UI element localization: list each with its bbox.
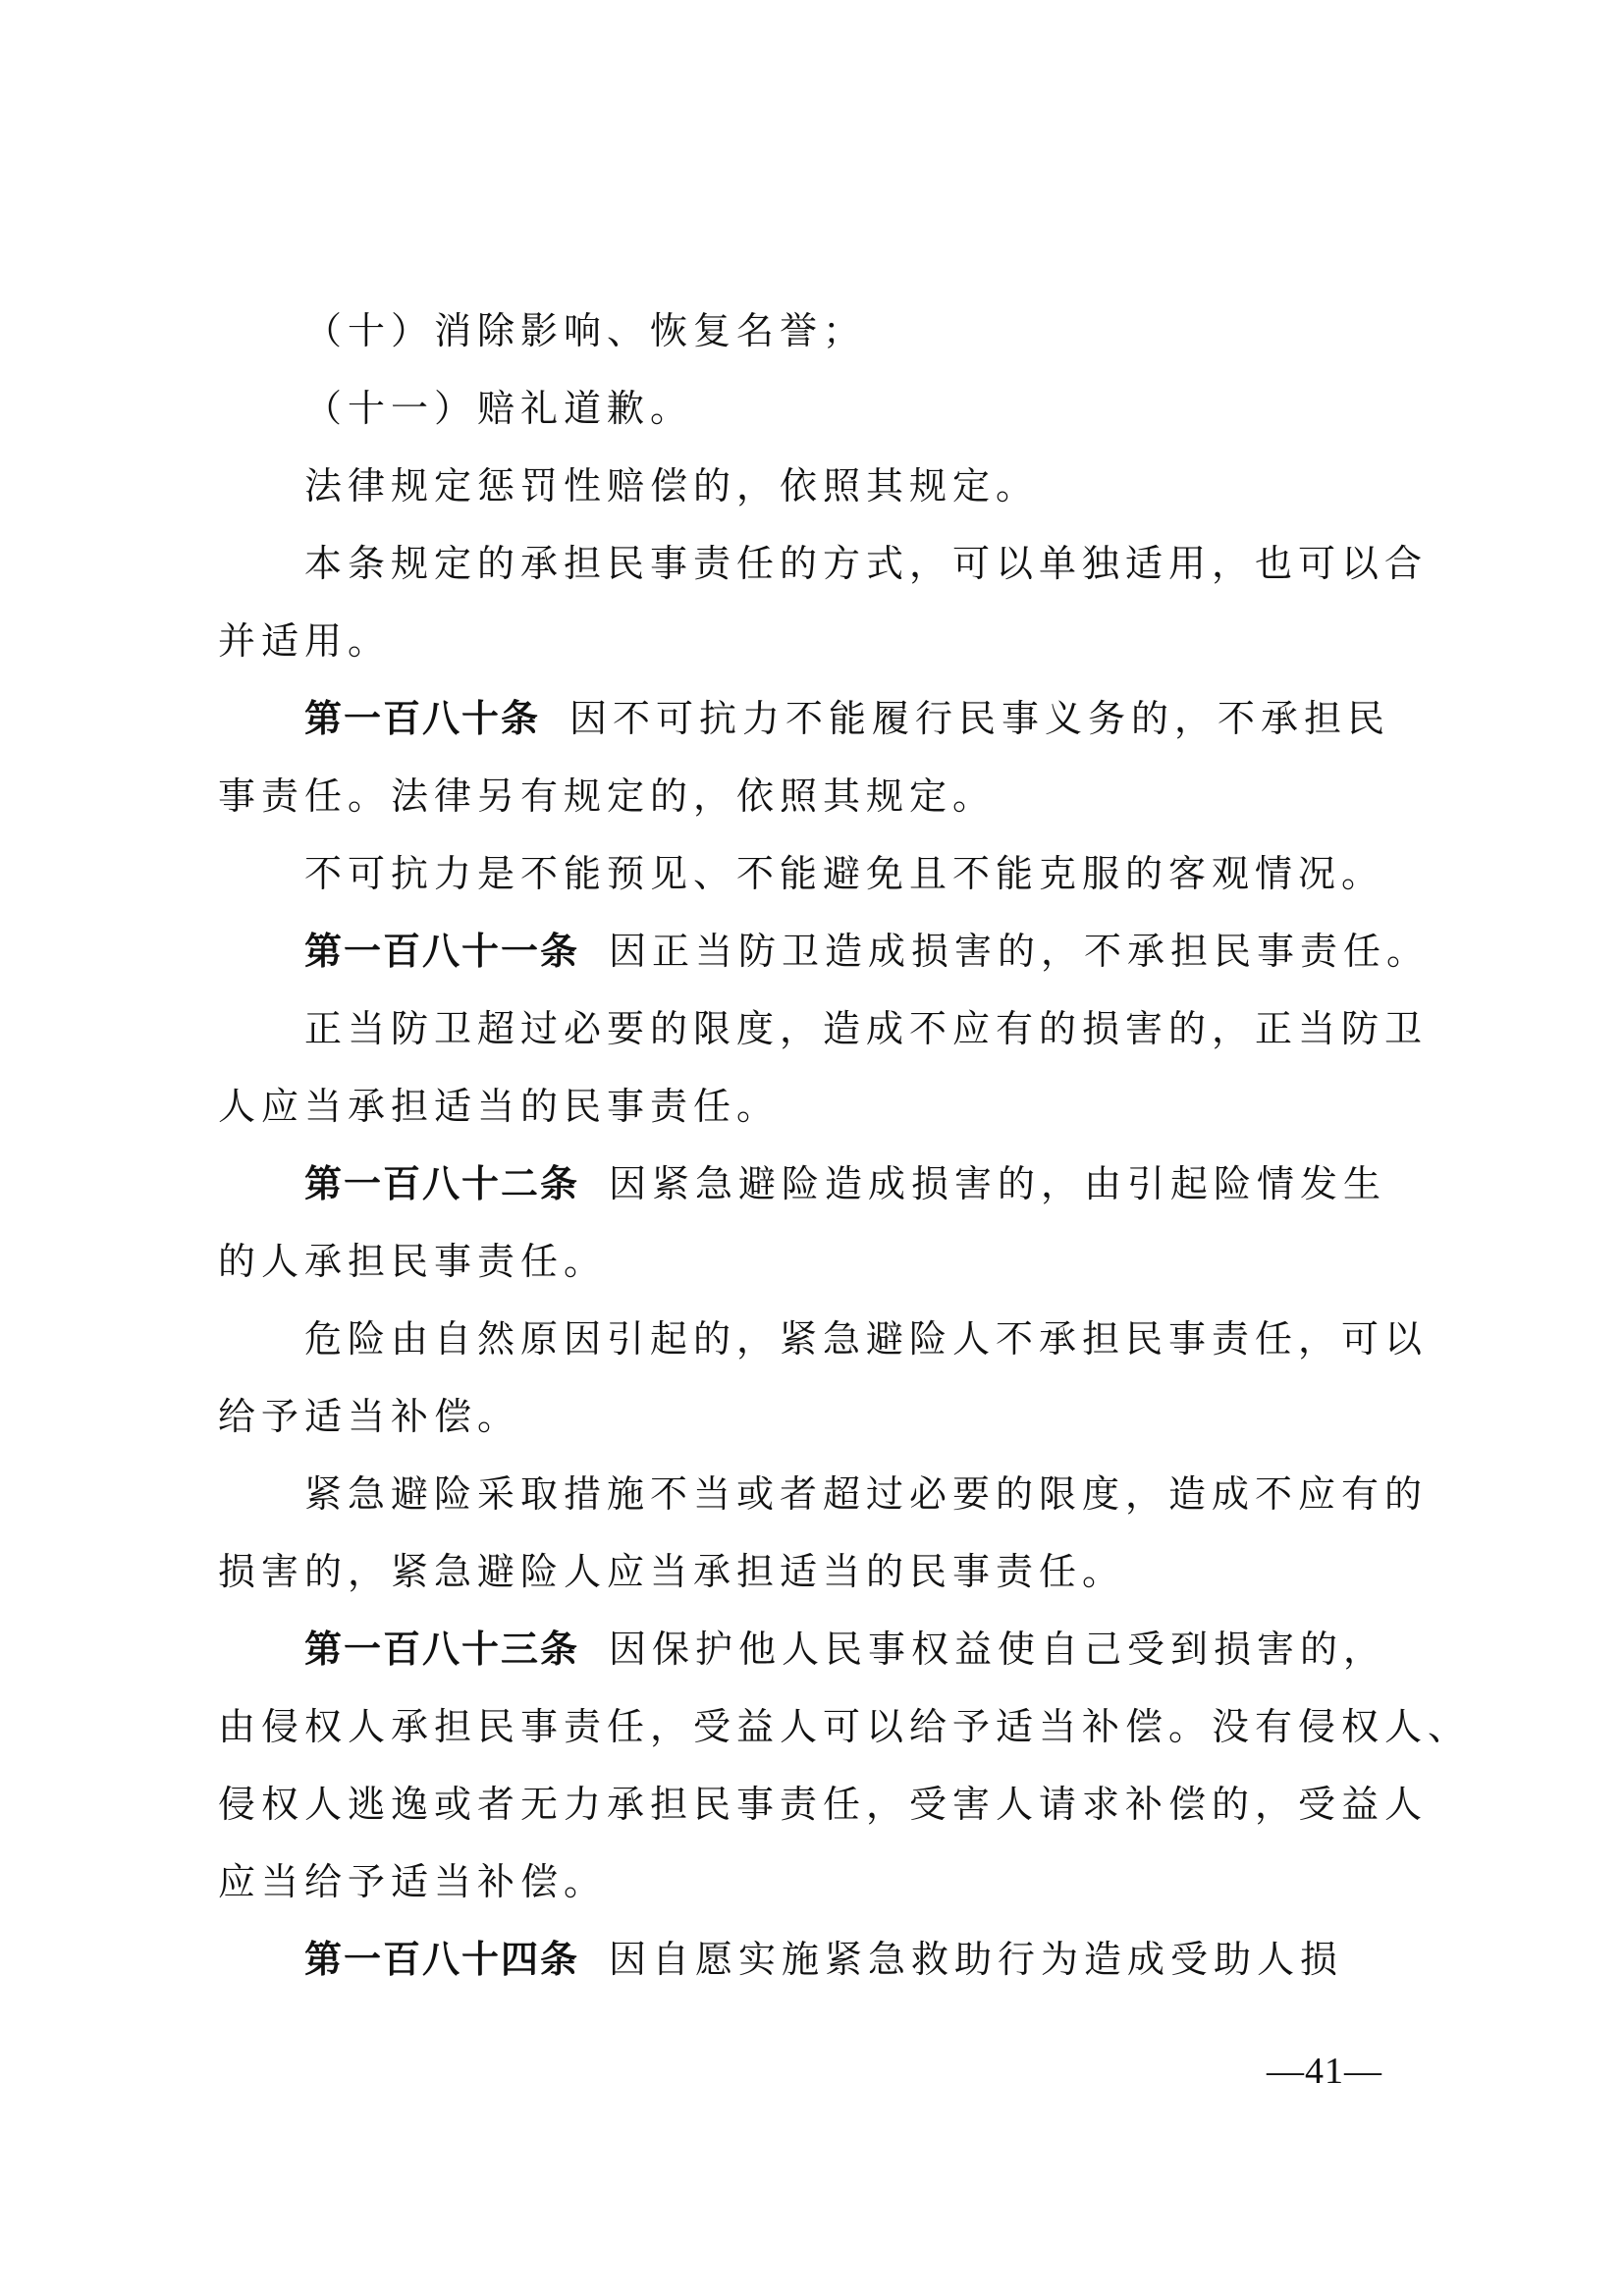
paragraph-line: 应当给予适当补偿。 — [218, 1843, 1435, 1921]
line-text: 的人承担民事责任。 — [218, 1240, 607, 1283]
article-heading-line: 第一百八十三条因保护他人民事权益使自己受到损害的， — [218, 1611, 1435, 1688]
article-heading-line: 第一百八十条因不可抗力不能履行民事义务的，不承担民 — [218, 680, 1435, 758]
paragraph-line: 侵权人逃逸或者无力承担民事责任，受害人请求补偿的，受益人 — [218, 1766, 1435, 1843]
paragraph-line: 不可抗力是不能预见、不能避免且不能克服的客观情况。 — [218, 835, 1435, 913]
line-text: 本条规定的承担民事责任的方式，可以单独适用，也可以合 — [304, 542, 1428, 585]
line-text: 因保护他人民事权益使自己受到损害的， — [609, 1628, 1386, 1671]
line-text: 应当给予适当补偿。 — [218, 1860, 607, 1903]
paragraph-line: 人应当承担适当的民事责任。 — [218, 1068, 1435, 1146]
paragraph-line: 由侵权人承担民事责任，受益人可以给予适当补偿。没有侵权人、 — [218, 1688, 1435, 1766]
line-text: 损害的，紧急避险人应当承担适当的民事责任。 — [218, 1550, 1125, 1593]
line-text: 因自愿实施紧急救助行为造成受助人损 — [609, 1938, 1343, 1981]
article-number: 第一百八十四条 — [304, 1938, 579, 1981]
line-text: 侵权人逃逸或者无力承担民事责任，受害人请求补偿的，受益人 — [218, 1783, 1428, 1826]
paragraph-line: 事责任。法律另有规定的，依照其规定。 — [218, 758, 1435, 835]
paragraph-line: 给予适当补偿。 — [218, 1378, 1435, 1456]
document-page: （十）消除影响、恢复名誉； （十一）赔礼道歉。 法律规定惩罚性赔偿的，依照其规定… — [0, 0, 1624, 2296]
article-number: 第一百八十条 — [304, 697, 540, 740]
line-text: 人应当承担适当的民事责任。 — [218, 1085, 780, 1128]
line-text: 因紧急避险造成损害的，由引起险情发生 — [609, 1162, 1386, 1205]
line-text: 事责任。法律另有规定的，依照其规定。 — [218, 774, 996, 818]
line-text: 由侵权人承担民事责任，受益人可以给予适当补偿。没有侵权人、 — [218, 1705, 1471, 1748]
line-text: 给予适当补偿。 — [218, 1395, 520, 1438]
paragraph-line: 损害的，紧急避险人应当承担适当的民事责任。 — [218, 1533, 1435, 1611]
line-text: 法律规定惩罚性赔偿的，依照其规定。 — [304, 464, 1039, 507]
article-number: 第一百八十二条 — [304, 1162, 579, 1205]
line-text: 并适用。 — [218, 619, 391, 663]
line-text: 因正当防卫造成损害的，不承担民事责任。 — [609, 930, 1430, 973]
line-text: 紧急避险采取措施不当或者超过必要的限度，造成不应有的 — [304, 1472, 1428, 1516]
article-heading-line: 第一百八十一条因正当防卫造成损害的，不承担民事责任。 — [218, 913, 1435, 990]
paragraph-line: 正当防卫超过必要的限度，造成不应有的损害的，正当防卫 — [218, 990, 1435, 1068]
paragraph-line: （十）消除影响、恢复名誉； — [218, 293, 1435, 370]
line-text: 危险由自然原因引起的，紧急避险人不承担民事责任，可以 — [304, 1317, 1428, 1361]
paragraph-line: 法律规定惩罚性赔偿的，依照其规定。 — [218, 448, 1435, 525]
line-text: （十）消除影响、恢复名誉； — [304, 309, 866, 352]
paragraph-line: 的人承担民事责任。 — [218, 1223, 1435, 1301]
line-text: 因不可抗力不能履行民事义务的，不承担民 — [569, 697, 1390, 740]
paragraph-line: 本条规定的承担民事责任的方式，可以单独适用，也可以合 — [218, 525, 1435, 603]
line-text: （十一）赔礼道歉。 — [304, 387, 693, 430]
document-body: （十）消除影响、恢复名誉； （十一）赔礼道歉。 法律规定惩罚性赔偿的，依照其规定… — [218, 293, 1435, 1999]
paragraph-line: （十一）赔礼道歉。 — [218, 370, 1435, 448]
paragraph-line: 并适用。 — [218, 603, 1435, 680]
line-text: 不可抗力是不能预见、不能避免且不能克服的客观情况。 — [304, 852, 1384, 895]
page-number: —41— — [1267, 2050, 1382, 2093]
article-heading-line: 第一百八十二条因紧急避险造成损害的，由引起险情发生 — [218, 1146, 1435, 1223]
paragraph-line: 紧急避险采取措施不当或者超过必要的限度，造成不应有的 — [218, 1456, 1435, 1533]
article-number: 第一百八十三条 — [304, 1628, 579, 1671]
article-number: 第一百八十一条 — [304, 930, 579, 973]
paragraph-line: 危险由自然原因引起的，紧急避险人不承担民事责任，可以 — [218, 1301, 1435, 1378]
article-heading-line: 第一百八十四条因自愿实施紧急救助行为造成受助人损 — [218, 1921, 1435, 1999]
line-text: 正当防卫超过必要的限度，造成不应有的损害的，正当防卫 — [304, 1007, 1428, 1050]
